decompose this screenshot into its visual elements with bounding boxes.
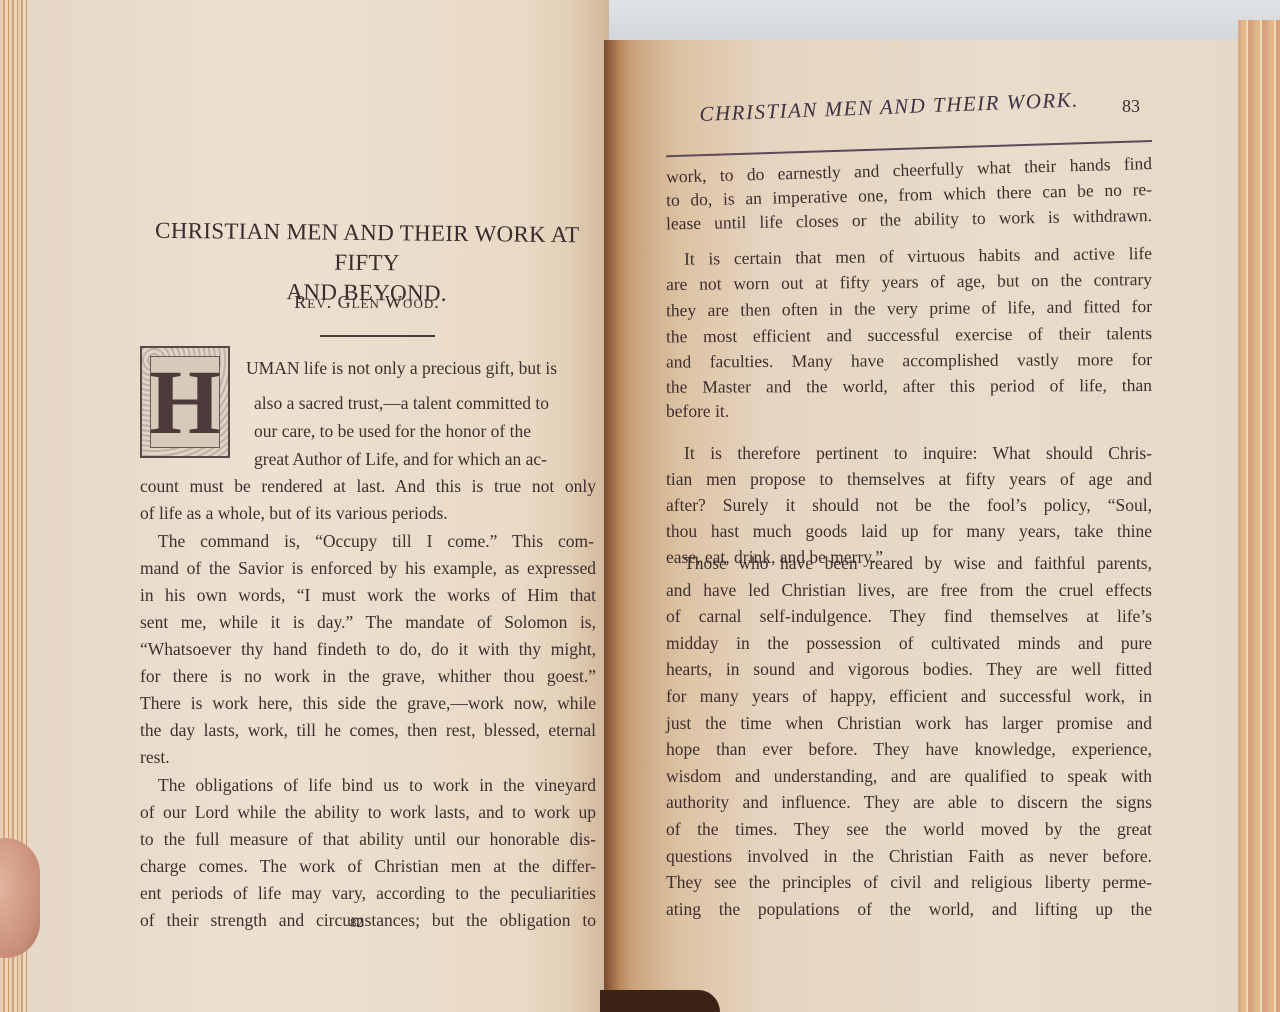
right-page-line: for many years of happy, efficient and s… [666, 683, 1152, 710]
drop-cap-letter: H [150, 356, 220, 448]
left-page-line: our care, to be used for the honor of th… [254, 418, 592, 445]
right-page-edges [1238, 20, 1280, 1012]
left-page-line: There is work here, this side the grave,… [140, 690, 596, 717]
page-number-left: 82 [350, 915, 363, 931]
left-page-line: sent me, while it is day.” The mandate o… [140, 609, 596, 636]
right-page-line: before it. [666, 398, 776, 425]
left-page-line: UMAN life is not only a precious gift, b… [246, 355, 590, 382]
left-page-line: in his own words, “I must work the works… [140, 582, 596, 609]
right-page-line: They see the principles of civil and rel… [666, 869, 1152, 896]
binding-shadow [600, 990, 720, 1012]
left-page-line: charge comes. The work of Christian men … [140, 853, 596, 880]
book-photo: CHRISTIAN MEN AND THEIR WORK AT FIFTY AN… [0, 0, 1280, 1012]
right-page-line: thou hast much goods laid up for many ye… [666, 518, 1152, 545]
right-page-line: It is therefore pertinent to inquire: Wh… [684, 440, 1152, 467]
left-page-line: ent periods of life may vary, according … [140, 880, 596, 907]
right-page-line: hearts, in sound and vigorous bodies. Th… [666, 656, 1152, 683]
drop-cap-ornament: H [140, 346, 230, 458]
right-page-line: of carnal self-indulgence. They find the… [666, 603, 1152, 630]
right-page-line: ating the populations of the world, and … [666, 896, 1152, 923]
right-page-line: Those who have been reared by wise and f… [684, 550, 1152, 577]
chapter-title-line-1: CHRISTIAN MEN AND THEIR WORK AT FIFTY [142, 216, 593, 281]
title-divider [320, 335, 435, 337]
right-page-line: tian men propose to themselves at fifty … [666, 466, 1152, 493]
right-page-line: after? Surely it should not be the fool’… [666, 492, 1152, 519]
right-page-line: of the times. They see the world moved b… [666, 816, 1152, 843]
right-page-line: wisdom and understanding, and are qualif… [666, 763, 1152, 790]
left-page-line: rest. [140, 744, 200, 771]
page-number-right: 83 [1122, 96, 1140, 117]
right-page-line: and faculties. Many have accomplished va… [666, 346, 1152, 376]
right-page-line: midday in the possession of cultivated m… [666, 630, 1152, 657]
left-page-line: “Whatsoever thy hand findeth to do, do i… [140, 636, 596, 663]
right-page-line: questions involved in the Christian Fait… [666, 843, 1152, 870]
left-page-line: of their strength and circumstances; but… [140, 907, 596, 934]
left-page-line: of our Lord while the ability to work la… [140, 799, 596, 826]
left-page-line: of life as a whole, but of its various p… [140, 500, 520, 527]
right-page-line: authority and influence. They are able t… [666, 789, 1152, 816]
left-page-line: count must be rendered at last. And this… [140, 473, 596, 500]
left-page-line: mand of the Savior is enforced by his ex… [140, 555, 596, 582]
left-page-line: the day lasts, work, till he comes, then… [140, 717, 596, 744]
left-page-line: great Author of Life, and for which an a… [254, 446, 592, 473]
left-page-line: for there is no work in the grave, whith… [140, 663, 596, 690]
left-page-line: The obligations of life bind us to work … [158, 772, 596, 799]
left-page-line: The command is, “Occupy till I come.” Th… [158, 528, 594, 555]
right-page-line: just the time when Christian work has la… [666, 710, 1152, 737]
thumb [0, 838, 40, 958]
right-page-line: and have led Christian lives, are free f… [666, 577, 1152, 604]
author-byline: Rev. Glen Wood. [142, 292, 592, 313]
right-page-line: hope than ever before. They have knowled… [666, 736, 1152, 763]
left-page-line: to the full measure of that ability unti… [140, 826, 596, 853]
right-page-line: the Master and the world, after this per… [666, 372, 1152, 401]
left-page-line: also a sacred trust,—a talent committed … [254, 390, 592, 417]
